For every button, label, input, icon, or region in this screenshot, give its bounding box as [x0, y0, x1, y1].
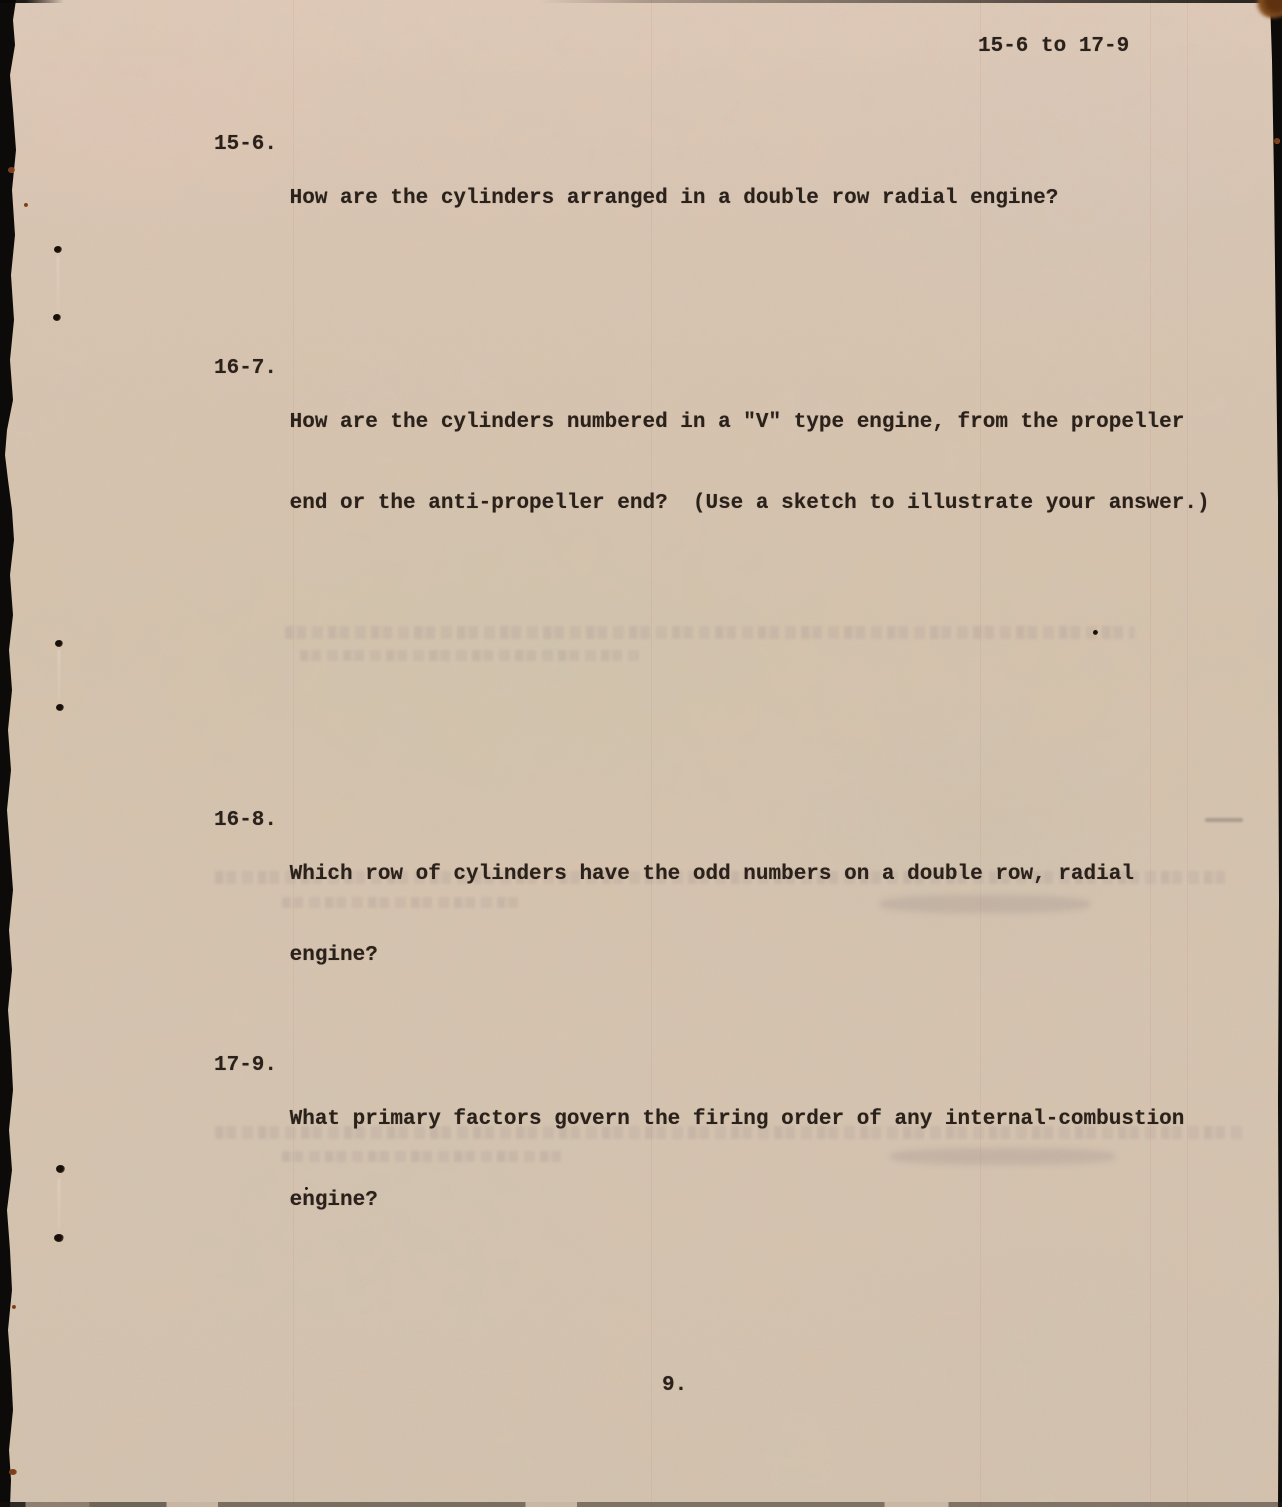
question-text-line: engine? [290, 1187, 1185, 1214]
staple-hole [54, 246, 62, 253]
question-number: 16-8. [214, 807, 290, 1023]
scanner-streak [1187, 0, 1188, 1507]
scan-top-edge [0, 0, 1282, 3]
staple-crease [58, 1178, 60, 1230]
question-number: 16-7. [214, 355, 290, 571]
question-text-line: end or the anti-propeller end? (Use a sk… [290, 490, 1210, 517]
rust-speck [24, 203, 28, 207]
rust-speck [1274, 138, 1280, 144]
question-text-line: How are the cylinders numbered in a "V" … [290, 409, 1210, 436]
rust-speck [8, 167, 15, 173]
staple-crease [57, 256, 59, 312]
scanned-document-page: 15-6 to 17-9 15-6. How are the cylinders… [0, 0, 1282, 1507]
question-16-7: 16-7. How are the cylinders numbered in … [214, 355, 1210, 571]
corner-stain [1256, 0, 1282, 18]
rust-speck [9, 1469, 17, 1475]
rust-speck [12, 1305, 16, 1309]
staple-hole [55, 640, 63, 647]
torn-left-edge [0, 0, 30, 1507]
question-17-9: 17-9. What primary factors govern the fi… [214, 1052, 1184, 1268]
scan-bottom-edge [0, 1502, 1282, 1507]
question-number: 17-9. [214, 1052, 290, 1268]
question-15-6: 15-6. How are the cylinders arranged in … [214, 131, 1058, 266]
staple-hole [56, 1165, 65, 1173]
dark-right-edge [1252, 0, 1282, 1507]
question-text-line: How are the cylinders arranged in a doub… [290, 185, 1059, 212]
pencil-smudge [1205, 818, 1243, 822]
bleed-through-line [300, 650, 640, 661]
staple-crease [58, 650, 60, 700]
question-16-8: 16-8. Which row of cylinders have the od… [214, 807, 1134, 1023]
bleed-through-line [285, 626, 1135, 639]
question-number: 15-6. [214, 131, 290, 266]
page-range-header: 15-6 to 17-9 [978, 33, 1129, 60]
ink-speck [1093, 630, 1098, 635]
staple-hole [56, 704, 64, 711]
staple-hole [53, 314, 61, 321]
scanner-streak [1150, 0, 1151, 1507]
question-text-line: engine? [290, 942, 1134, 969]
question-text-line: What primary factors govern the firing o… [290, 1106, 1185, 1133]
question-text-line: Which row of cylinders have the odd numb… [290, 861, 1134, 888]
staple-hole [54, 1234, 64, 1242]
page-number: 9. [662, 1372, 687, 1399]
